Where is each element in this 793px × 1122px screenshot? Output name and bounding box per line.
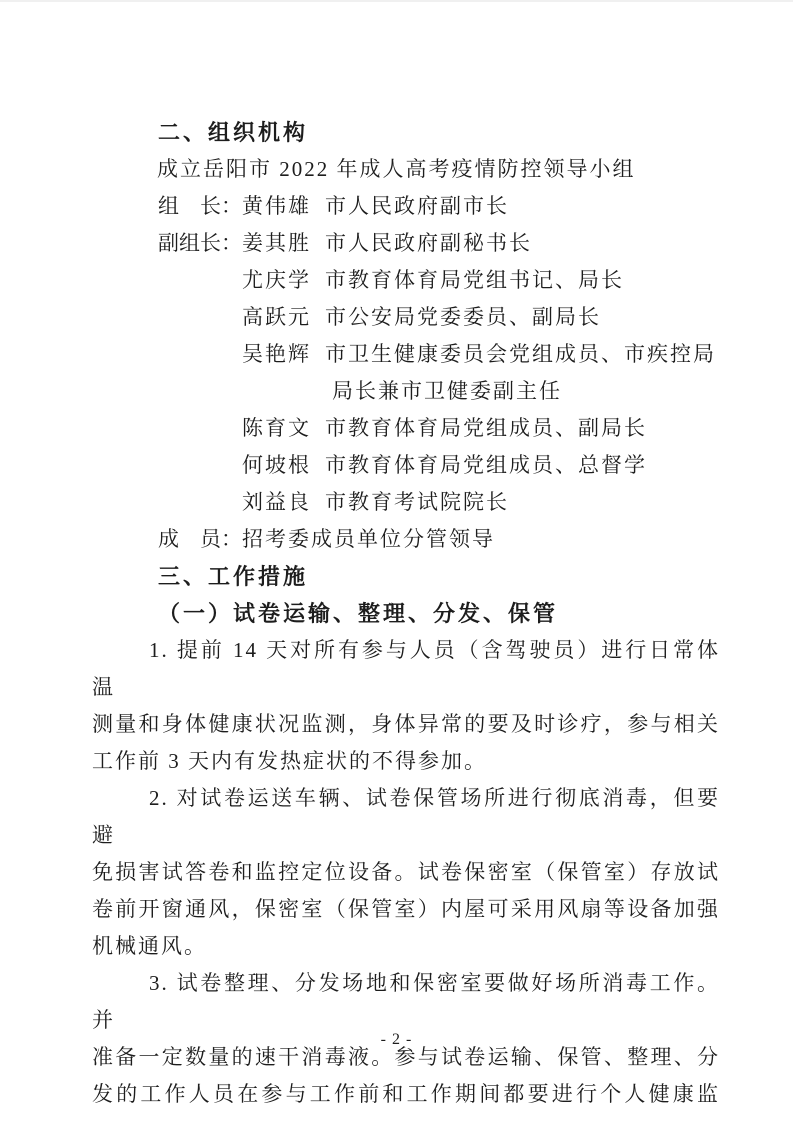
- roster-name: 高跃元: [242, 299, 325, 336]
- roster-name: 姜其胜: [242, 225, 325, 262]
- org-intro-line: 成立岳阳市 2022 年成人高考疫情防控领导小组: [92, 151, 720, 188]
- roster-row: 吴艳辉 市卫生健康委员会党组成员、市疾控局 局长兼市卫健委副主任: [92, 336, 720, 410]
- paragraph-line: 发的工作人员在参与工作前和工作期间都要进行个人健康监: [92, 1076, 720, 1113]
- roster-label: 副组长：: [158, 225, 242, 262]
- roster-name: 吴艳辉: [242, 336, 325, 410]
- roster-row-members: 成 员： 招考委成员单位分管领导: [92, 521, 720, 558]
- roster-member-desc: 招考委成员单位分管领导: [242, 521, 495, 558]
- roster-title: 市教育考试院院长: [325, 484, 509, 521]
- roster-title: 市教育体育局党组成员、副局长: [325, 410, 647, 447]
- roster-label-part: 长：: [200, 188, 242, 225]
- roster-row: 刘益良 市教育考试院院长: [92, 484, 720, 521]
- roster-name: 何坡根: [242, 447, 325, 484]
- roster-title: 市教育体育局党组成员、总督学: [325, 447, 647, 484]
- section-heading-measures: 三、工作措施: [92, 558, 720, 595]
- roster-label-spacer: [158, 336, 242, 410]
- document-page: 二、组织机构 成立岳阳市 2022 年成人高考疫情防控领导小组 组 长： 黄伟雄…: [0, 0, 793, 1122]
- roster-row: 高跃元 市公安局党委委员、副局长: [92, 299, 720, 336]
- roster-label-part: 组: [158, 188, 179, 225]
- paragraph-line: 工作前 3 天内有发热症状的不得参加。: [92, 743, 720, 780]
- roster-label-spacer: [158, 447, 242, 484]
- roster-name: 刘益良: [242, 484, 325, 521]
- roster-name: 陈育文: [242, 410, 325, 447]
- roster-label-spacer: [158, 484, 242, 521]
- roster-title-line: 市卫生健康委员会党组成员、市疾控局: [325, 336, 716, 373]
- roster-title: 市卫生健康委员会党组成员、市疾控局 局长兼市卫健委副主任: [325, 336, 716, 410]
- document-body: 二、组织机构 成立岳阳市 2022 年成人高考疫情防控领导小组 组 长： 黄伟雄…: [92, 114, 720, 1113]
- roster-title: 市教育体育局党组书记、局长: [325, 262, 624, 299]
- roster-label-spacer: [158, 410, 242, 447]
- roster-row-leader: 组 长： 黄伟雄 市人民政府副市长: [92, 188, 720, 225]
- roster-label: 组 长：: [158, 188, 242, 225]
- paragraph-line: 测量和身体健康状况监测，身体异常的要及时诊疗，参与相关: [92, 706, 720, 743]
- roster-row: 尤庆学 市教育体育局党组书记、局长: [92, 262, 720, 299]
- paragraph-line: 卷前开窗通风，保密室（保管室）内屋可采用风扇等设备加强: [92, 891, 720, 928]
- roster-name: 黄伟雄: [242, 188, 325, 225]
- paragraph-line: 3. 试卷整理、分发场地和保密室要做好场所消毒工作。并: [92, 965, 720, 1039]
- roster-label-spacer: [158, 262, 242, 299]
- roster-label-spacer: [158, 299, 242, 336]
- roster-label-part: 成: [158, 521, 179, 558]
- paragraph-line: 1. 提前 14 天对所有参与人员（含驾驶员）进行日常体温: [92, 632, 720, 706]
- roster-title: 市人民政府副市长: [325, 188, 509, 225]
- page-number: - 2 -: [0, 1031, 793, 1049]
- roster-label: 成 员：: [158, 521, 242, 558]
- paragraph-line: 免损害试答卷和监控定位设备。试卷保密室（保管室）存放试: [92, 854, 720, 891]
- paragraph-line: 机械通风。: [92, 928, 720, 965]
- paragraph-1: 1. 提前 14 天对所有参与人员（含驾驶员）进行日常体温 测量和身体健康状况监…: [92, 632, 720, 780]
- roster-row: 何坡根 市教育体育局党组成员、总督学: [92, 447, 720, 484]
- roster-title: 市公安局党委委员、副局长: [325, 299, 601, 336]
- roster-label-part: 员：: [200, 521, 242, 558]
- roster-title: 市人民政府副秘书长: [325, 225, 532, 262]
- roster-row: 陈育文 市教育体育局党组成员、副局长: [92, 410, 720, 447]
- paragraph-2: 2. 对试卷运送车辆、试卷保管场所进行彻底消毒，但要避 免损害试答卷和监控定位设…: [92, 780, 720, 965]
- roster-row-deputy-leader: 副组长： 姜其胜 市人民政府副秘书长: [92, 225, 720, 262]
- sub-heading-paper-transport: （一）试卷运输、整理、分发、保管: [92, 595, 720, 632]
- paragraph-line: 2. 对试卷运送车辆、试卷保管场所进行彻底消毒，但要避: [92, 780, 720, 854]
- roster-title-line: 局长兼市卫健委副主任: [332, 373, 716, 410]
- section-heading-org: 二、组织机构: [92, 114, 720, 151]
- roster-name: 尤庆学: [242, 262, 325, 299]
